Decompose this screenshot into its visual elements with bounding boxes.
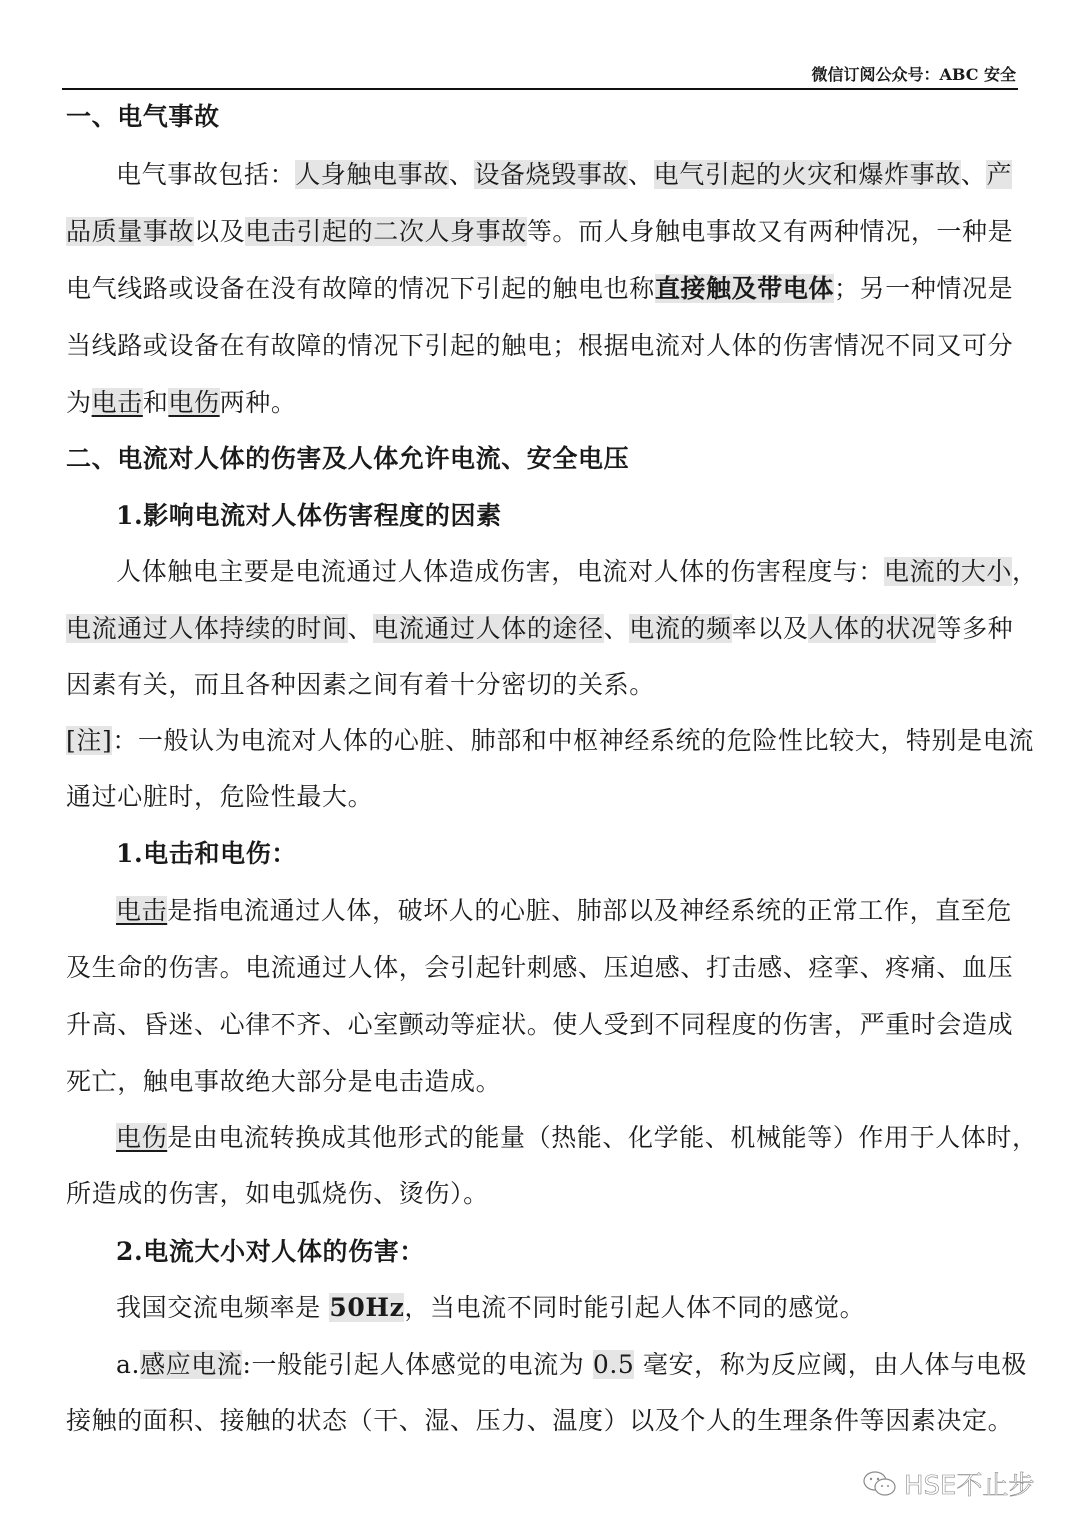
paragraph-line: 当线路或设备在有故障的情况下引起的触电；根据电流对人体的伤害情况不同又可分 <box>66 329 1013 363</box>
text: 毫安，称为反应阈，由人体与电极 <box>634 1350 1027 1379</box>
highlight: 设备烧毁事故 <box>474 160 628 189</box>
text: 当线路或设备在有故障的情况下引起的触电；根据电流对人体的伤害情况不同又可分 <box>66 331 1013 360</box>
text: ，当电流不同时能引起人体不同的感觉。 <box>404 1293 865 1322</box>
subsection-title: 1.电击和电伤： <box>116 837 297 871</box>
highlight: 电气引起的火灾和爆炸事故 <box>654 160 961 189</box>
paragraph-line: 品质量事故以及电击引起的二次人身事故等。而人身触电事故又有两种情况，一种是 <box>66 215 1013 249</box>
text: 率以及 <box>732 614 809 643</box>
highlight: 电流的大小 <box>884 557 1012 586</box>
text: ：一般认为电流对人体的心脏、肺部和中枢神经系统的危险性比较大，特别是电流 <box>112 726 1034 755</box>
text: 、 <box>449 160 475 189</box>
highlight: 人身触电事故 <box>295 160 449 189</box>
highlight: 电流的频 <box>629 614 731 643</box>
note-line: [注]：一般认为电流对人体的心脏、肺部和中枢神经系统的危险性比较大，特别是电流 <box>66 724 1034 758</box>
highlight: 人体的状况 <box>808 614 936 643</box>
highlight: 电击引起的二次人身事故 <box>245 217 527 246</box>
paragraph-line: a.感应电流:一般能引起人体感觉的电流为 0.5 毫安，称为反应阈，由人体与电极 <box>116 1348 1027 1382</box>
highlight-underline: 电伤 <box>116 1123 167 1152</box>
text: ；另一种情况是 <box>834 274 1013 303</box>
paragraph-line: 我国交流电频率是 50Hz，当电流不同时能引起人体不同的感觉。 <box>116 1291 865 1325</box>
section-2-title: 二、电流对人体的伤害及人体允许电流、安全电压 <box>66 442 629 476</box>
text: 等多种 <box>936 614 1013 643</box>
highlight-bold: 直接触及带电体 <box>655 274 834 303</box>
paragraph-line: 所造成的伤害，如电弧烧伤、烫伤）。 <box>66 1177 489 1211</box>
paragraph-line: 电流通过人体持续的时间、电流通过人体的途径、电流的频率以及人体的状况等多种 <box>66 612 1013 646</box>
text: 、 <box>604 614 630 643</box>
paragraph-line: 因素有关，而且各种因素之间有着十分密切的关系。 <box>66 668 655 702</box>
highlight-underline: 电击 <box>116 896 167 925</box>
page-header: 微信订阅公众号：ABC 安全 <box>62 58 1018 90</box>
text: 我国交流电频率是 <box>116 1293 329 1322</box>
section-1-title: 一、电气事故 <box>66 100 220 134</box>
subsection-title: 2.电流大小对人体的伤害： <box>116 1235 425 1269</box>
paragraph-line: 接触的面积、接触的状态（干、湿、压力、温度）以及个人的生理条件等因素决定。 <box>66 1404 1013 1438</box>
highlight: 电流通过人体持续的时间 <box>66 614 348 643</box>
text: 和 <box>143 388 169 417</box>
text: 电气线路或设备在没有故障的情况下引起的触电也称 <box>66 274 655 303</box>
paragraph-line: 电击是指电流通过人体，破坏人的心脏、肺部以及神经系统的正常工作，直至危 <box>116 894 1012 928</box>
paragraph-line: 人体触电主要是电流通过人体造成伤害，电流对人体的伤害程度与：电流的大小， <box>116 555 1038 589</box>
text: 、 <box>961 160 987 189</box>
paragraph-line: 及生命的伤害。电流通过人体，会引起针刺感、压迫感、打击感、痉挛、疼痛、血压 <box>66 951 1013 985</box>
highlight: 产 <box>986 160 1012 189</box>
text: 是由电流转换成其他形式的能量（热能、化学能、机械能等）作用于人体时， <box>167 1123 1037 1152</box>
text: 是指电流通过人体，破坏人的心脏、肺部以及神经系统的正常工作，直至危 <box>167 896 1012 925</box>
highlight: 品质量事故 <box>66 217 194 246</box>
text: 等。而人身触电事故又有两种情况，一种是 <box>527 217 1013 246</box>
paragraph-line: 电伤是由电流转换成其他形式的能量（热能、化学能、机械能等）作用于人体时， <box>116 1121 1038 1155</box>
highlight: 电流通过人体的途径 <box>373 614 603 643</box>
paragraph-line: 为电击和电伤两种。 <box>66 386 296 420</box>
text: a. <box>116 1350 140 1379</box>
text: 、 <box>628 160 654 189</box>
text: ， <box>1012 557 1038 586</box>
wechat-icon <box>862 1470 898 1498</box>
highlight-bold: 50Hz <box>329 1293 404 1322</box>
text: 以及 <box>194 217 245 246</box>
highlight-underline: 电伤 <box>168 388 219 417</box>
header-text: 微信订阅公众号：ABC 安全 <box>811 62 1016 85</box>
text: :一般能引起人体感觉的电流为 <box>242 1350 592 1379</box>
highlight: 感应电流 <box>140 1350 242 1379</box>
watermark: HSE不止步 <box>862 1465 1034 1502</box>
text: 人体触电主要是电流通过人体造成伤害，电流对人体的伤害程度与： <box>116 557 884 586</box>
note-label: [注] <box>66 726 112 755</box>
paragraph-line: 升高、昏迷、心律不齐、心室颤动等症状。使人受到不同程度的伤害，严重时会造成 <box>66 1008 1013 1042</box>
highlight-underline: 电击 <box>92 388 143 417</box>
subsection-title: 1.影响电流对人体伤害程度的因素 <box>116 499 502 533</box>
text: 为 <box>66 388 92 417</box>
text: 通过心脏时，危险性最大。 <box>66 782 373 811</box>
paragraph-line: 电气事故包括：人身触电事故、设备烧毁事故、电气引起的火灾和爆炸事故、产 <box>116 158 1012 192</box>
text: 电气事故包括： <box>116 160 295 189</box>
note-line: 通过心脏时，危险性最大。 <box>66 780 373 814</box>
text: 因素有关，而且各种因素之间有着十分密切的关系。 <box>66 670 655 699</box>
text: 两种。 <box>220 388 297 417</box>
watermark-text: HSE不止步 <box>904 1465 1034 1502</box>
text: 、 <box>348 614 374 643</box>
highlight: 0.5 <box>593 1350 635 1379</box>
paragraph-line: 死亡，触电事故绝大部分是电击造成。 <box>66 1065 501 1099</box>
paragraph-line: 电气线路或设备在没有故障的情况下引起的触电也称直接触及带电体；另一种情况是 <box>66 272 1013 306</box>
